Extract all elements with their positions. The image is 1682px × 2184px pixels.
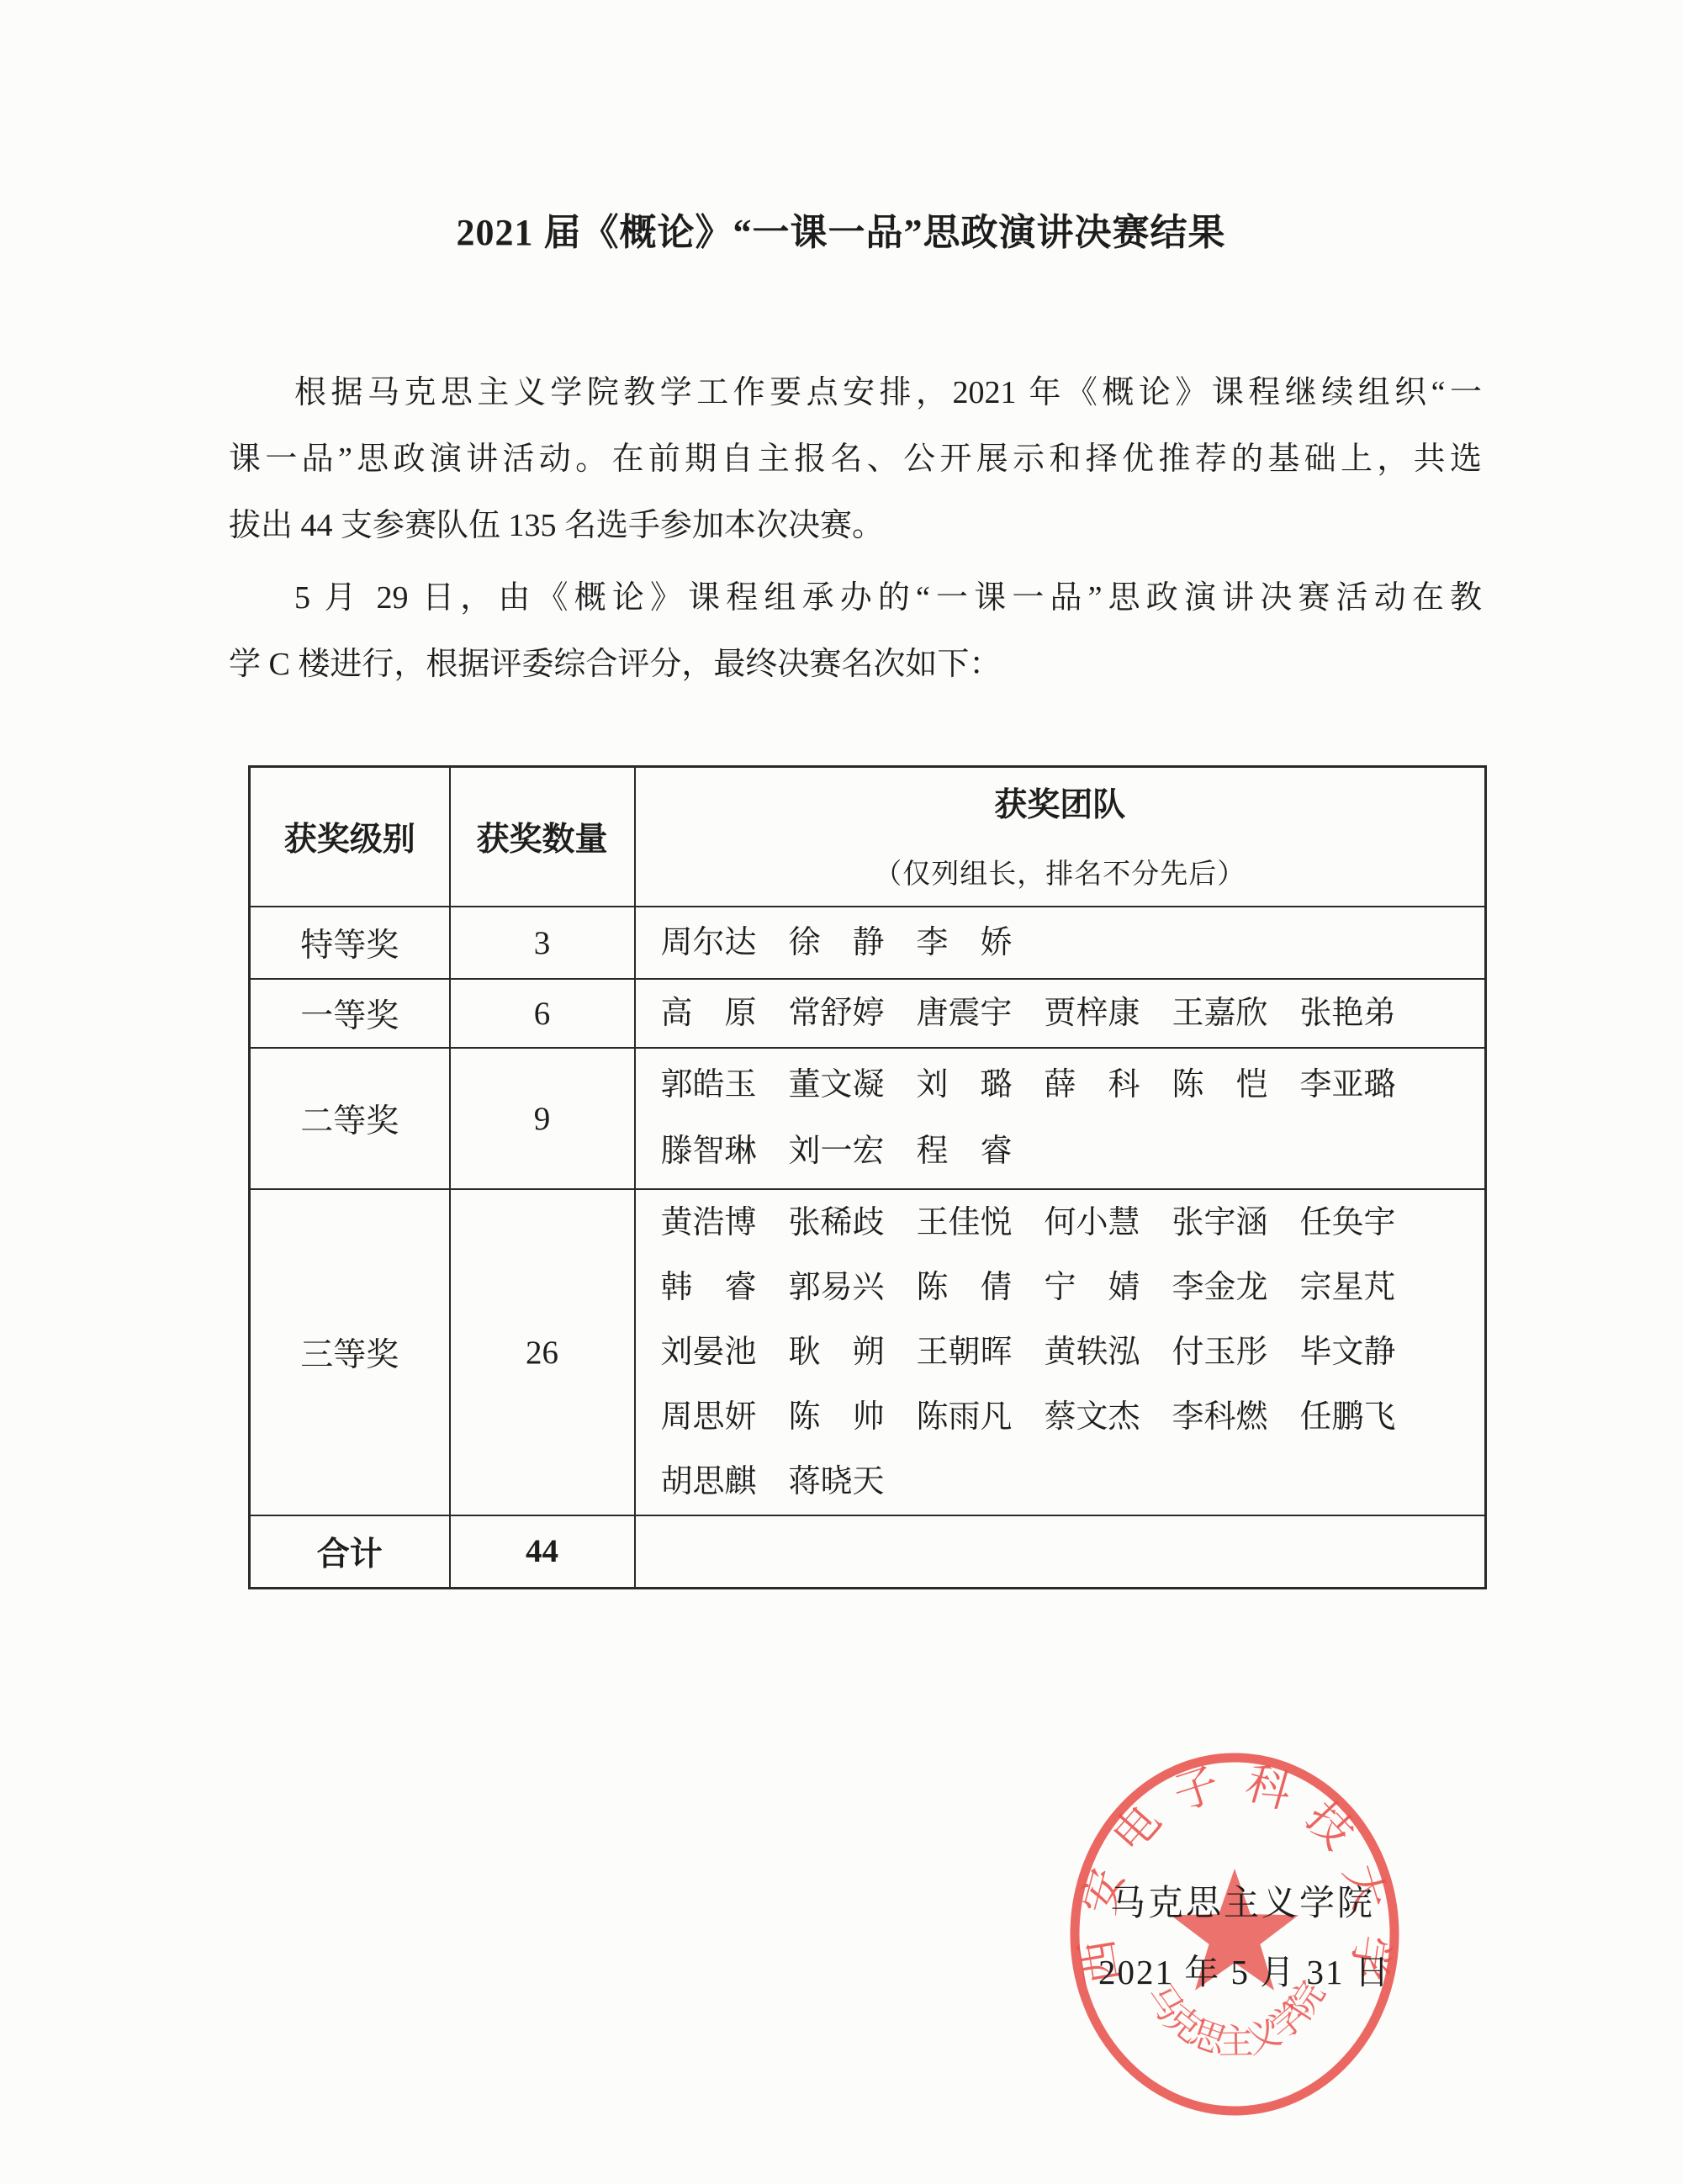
- paragraph-line: 学 C 楼进行，根据评委综合评分，最终决赛名次如下：: [229, 632, 1482, 698]
- award-level: 二等奖: [250, 1048, 450, 1189]
- header-team-note: （仅列组长，排名不分先后）: [636, 837, 1485, 906]
- award-level: 三等奖: [250, 1189, 450, 1515]
- paragraph-line: 根据马克思主义学院教学工作要点安排，2021 年《概论》课程继续组织“一: [229, 360, 1482, 426]
- table-header-row: 获奖级别 获奖数量 获奖团队 （仅列组长，排名不分先后）: [250, 767, 1486, 907]
- team-names-line: 滕智琳 刘一宏 程 睿: [661, 1118, 1485, 1185]
- total-team-empty: [635, 1515, 1486, 1588]
- award-level: 一等奖: [250, 979, 450, 1048]
- table-row: 特等奖 3 周尔达 徐 静 李 娇: [250, 907, 1486, 979]
- award-team: 周尔达 徐 静 李 娇: [635, 907, 1486, 979]
- award-level: 特等奖: [250, 907, 450, 979]
- document-page: 2021 届《概论》“一课一品”思政演讲决赛结果 根据马克思主义学院教学工作要点…: [0, 0, 1682, 2184]
- header-team-title: 获奖团队: [636, 768, 1485, 837]
- team-names-line: 周尔达 徐 静 李 娇: [661, 910, 1485, 976]
- team-names-line: 郭皓玉 董文凝 刘 璐 薛 科 陈 恺 李亚璐: [661, 1052, 1485, 1118]
- total-label: 合计: [250, 1515, 450, 1588]
- paragraph-line: 拔出 44 支参赛队伍 135 名选手参加本次决赛。: [229, 493, 1482, 559]
- signature-org: 马克思主义学院: [1110, 1875, 1375, 1926]
- header-award-team: 获奖团队 （仅列组长，排名不分先后）: [635, 767, 1486, 907]
- header-award-level: 获奖级别: [250, 767, 450, 907]
- total-count: 44: [450, 1515, 635, 1588]
- official-stamp: 西安电子科技大学 马克思主义学院: [1050, 1742, 1420, 2129]
- team-names-line: 周思妍 陈 帅 陈雨凡 蔡文杰 李科燃 任鹏飞: [661, 1385, 1485, 1450]
- paragraph-line: 5 月 29 日，由《概论》课程组承办的“一课一品”思政演讲决赛活动在教: [229, 565, 1482, 632]
- award-team: 高 原 常舒婷 唐震宇 贾梓康 王嘉欣 张艳弟: [635, 979, 1486, 1048]
- team-names-line: 高 原 常舒婷 唐震宇 贾梓康 王嘉欣 张艳弟: [661, 981, 1485, 1047]
- table-row: 一等奖 6 高 原 常舒婷 唐震宇 贾梓康 王嘉欣 张艳弟: [250, 979, 1486, 1048]
- team-names-line: 黄浩博 张稀歧 王佳悦 何小慧 张宇涵 任奂宇: [661, 1191, 1485, 1256]
- team-names-line: 胡思麒 蒋晓天: [661, 1450, 1485, 1515]
- table-row: 三等奖 26 黄浩博 张稀歧 王佳悦 何小慧 张宇涵 任奂宇 韩 睿 郭易兴 陈…: [250, 1189, 1486, 1515]
- body-text: 根据马克思主义学院教学工作要点安排，2021 年《概论》课程继续组织“一 课一品…: [229, 360, 1482, 698]
- team-names-line: 韩 睿 郭易兴 陈 倩 宁 婧 李金龙 宗星芃: [661, 1256, 1485, 1320]
- award-team: 郭皓玉 董文凝 刘 璐 薛 科 陈 恺 李亚璐 滕智琳 刘一宏 程 睿: [635, 1048, 1486, 1189]
- award-count: 6: [450, 979, 635, 1048]
- paragraph-line: 课一品”思政演讲活动。在前期自主报名、公开展示和择优推荐的基础上，共选: [229, 426, 1482, 493]
- award-count: 26: [450, 1189, 635, 1515]
- table-row: 二等奖 9 郭皓玉 董文凝 刘 璐 薛 科 陈 恺 李亚璐 滕智琳 刘一宏 程 …: [250, 1048, 1486, 1189]
- header-award-count: 获奖数量: [450, 767, 635, 907]
- table-total-row: 合计 44: [250, 1515, 1486, 1588]
- award-count: 9: [450, 1048, 635, 1189]
- signature-date: 2021 年 5 月 31 日: [1098, 1944, 1391, 1994]
- award-team: 黄浩博 张稀歧 王佳悦 何小慧 张宇涵 任奂宇 韩 睿 郭易兴 陈 倩 宁 婧 …: [635, 1189, 1486, 1515]
- team-names-line: 刘晏池 耿 朔 王朝晖 黄轶泓 付玉彤 毕文静: [661, 1320, 1485, 1385]
- page-title: 2021 届《概论》“一课一品”思政演讲决赛结果: [0, 202, 1682, 256]
- results-table: 获奖级别 获奖数量 获奖团队 （仅列组长，排名不分先后） 特等奖 3 周尔达 徐…: [248, 765, 1487, 1589]
- award-count: 3: [450, 907, 635, 979]
